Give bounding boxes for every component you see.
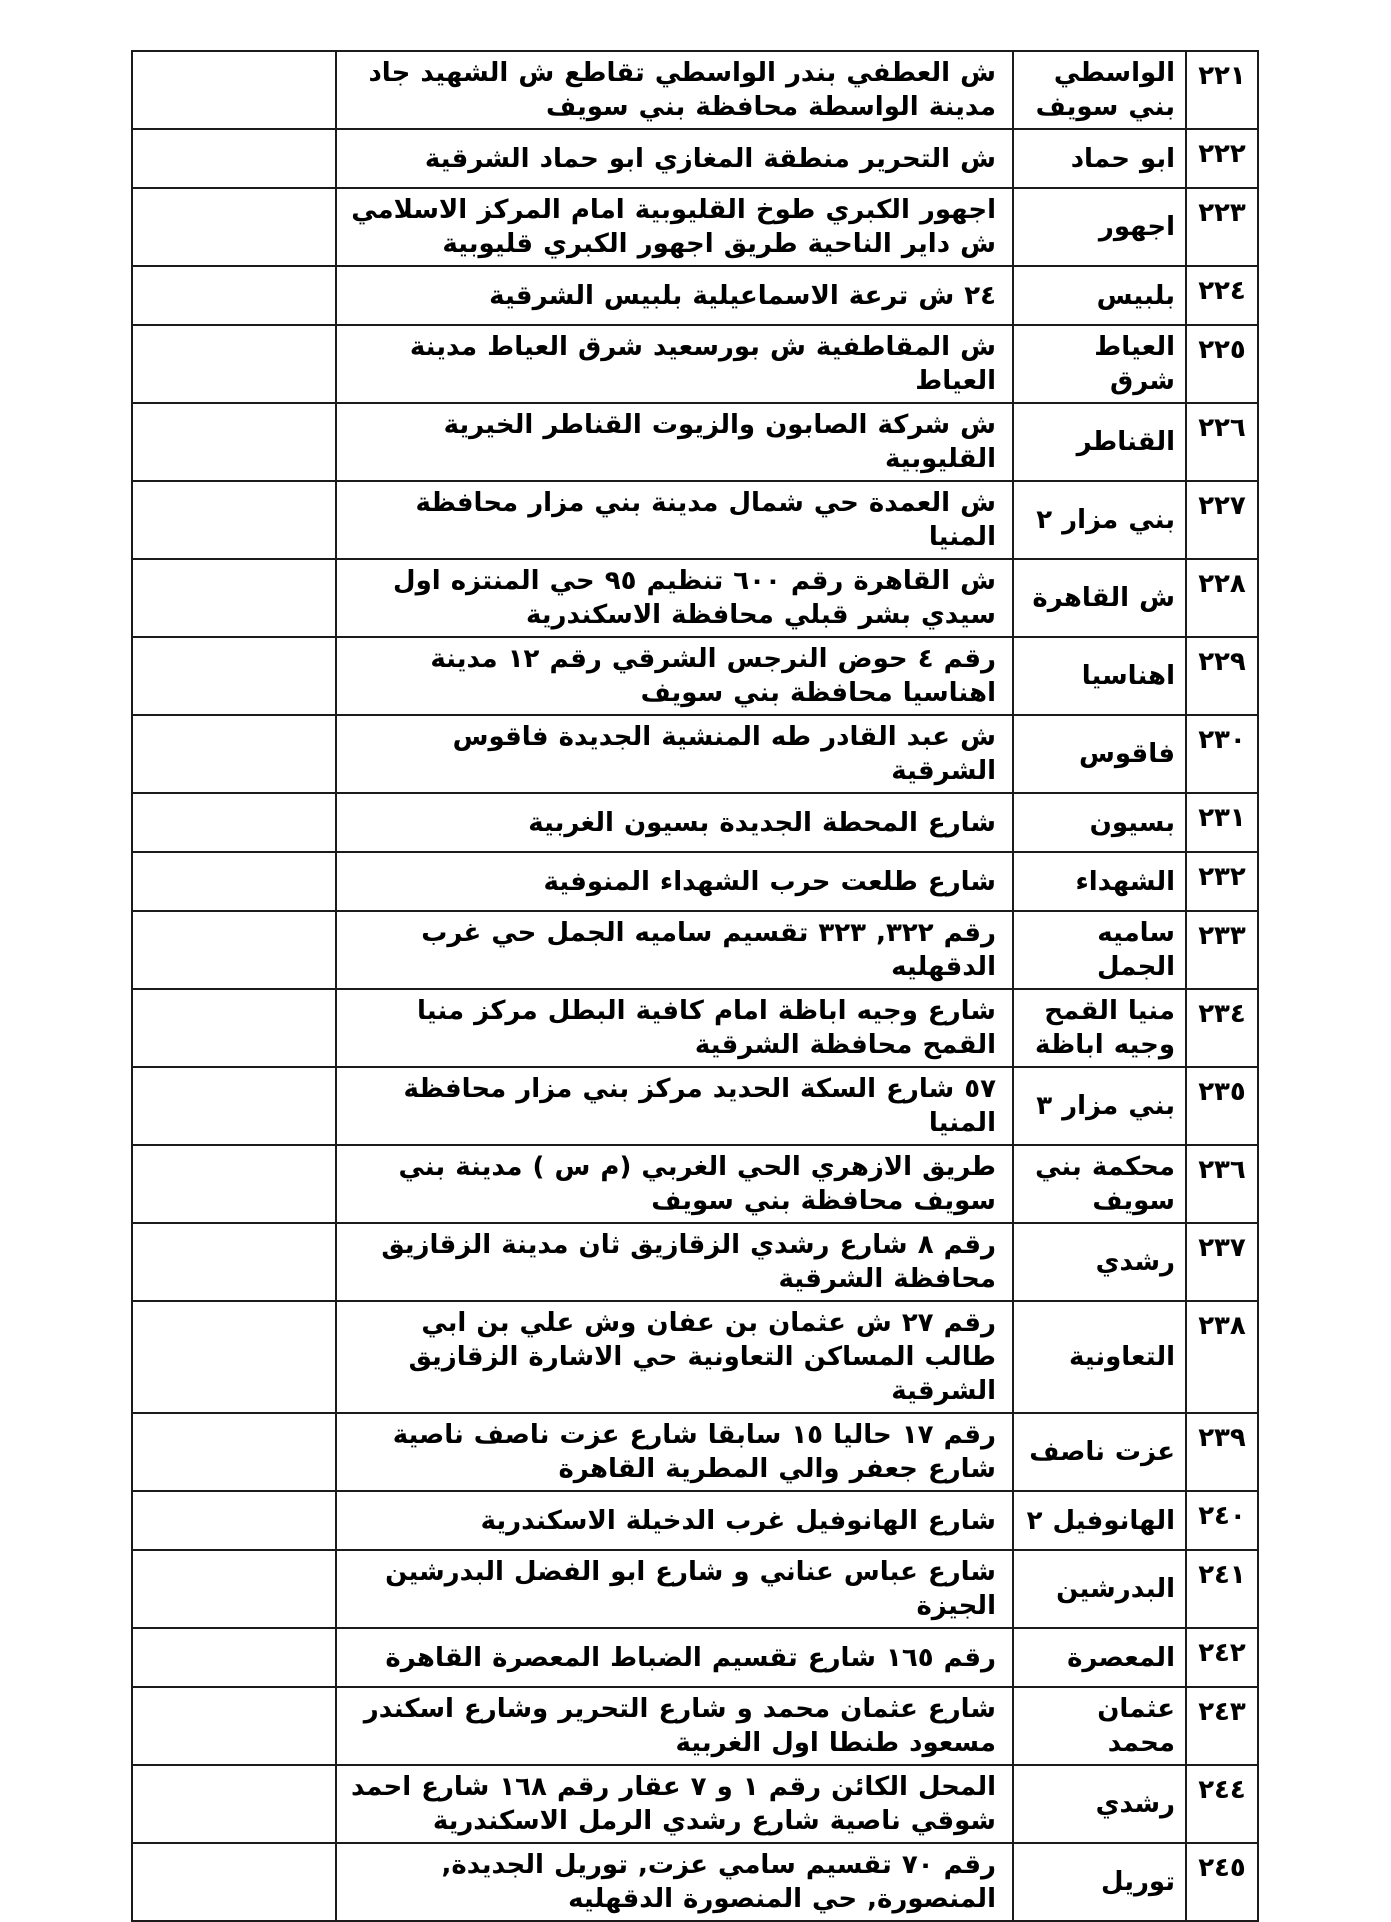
row-number-cell: ٢٢٢ xyxy=(1186,129,1258,188)
row-number-cell: ٢٣١ xyxy=(1186,793,1258,852)
branch-address-cell: ش العمدة حي شمال مدينة بني مزار محافظة ا… xyxy=(336,481,1013,559)
table-row: ٢٤٠ الهانوفيل ٢ شارع الهانوفيل غرب الدخي… xyxy=(132,1491,1258,1550)
notes-cell xyxy=(132,1145,336,1223)
branch-address-cell: شارع طلعت حرب الشهداء المنوفية xyxy=(336,852,1013,911)
notes-cell xyxy=(132,266,336,325)
table-row: ٢٣١ بسيون شارع المحطة الجديدة بسيون الغر… xyxy=(132,793,1258,852)
notes-cell xyxy=(132,1413,336,1491)
branch-name-cell: الواسطي بني سويف xyxy=(1013,51,1186,129)
row-number-cell: ٢٢١ xyxy=(1186,51,1258,129)
branch-address-cell: شارع الهانوفيل غرب الدخيلة الاسكندرية xyxy=(336,1491,1013,1550)
branch-address-cell: رقم ٨ شارع رشدي الزقازيق ثان مدينة الزقا… xyxy=(336,1223,1013,1301)
row-number-cell: ٢٣٢ xyxy=(1186,852,1258,911)
branch-name-cell: ش القاهرة xyxy=(1013,559,1186,637)
branch-address-cell: اجهور الكبري طوخ القليوبية امام المركز ا… xyxy=(336,188,1013,266)
notes-cell xyxy=(132,559,336,637)
notes-cell xyxy=(132,325,336,403)
row-number-cell: ٢٤٠ xyxy=(1186,1491,1258,1550)
branch-name-cell: رشدي xyxy=(1013,1765,1186,1843)
branch-name-cell: العياط شرق xyxy=(1013,325,1186,403)
branch-address-cell: ش شركة الصابون والزيوت القناطر الخيرية ا… xyxy=(336,403,1013,481)
row-number-cell: ٢٢٥ xyxy=(1186,325,1258,403)
branch-name-cell: ابو حماد xyxy=(1013,129,1186,188)
notes-cell xyxy=(132,403,336,481)
branch-address-cell: رقم ٤ حوض النرجس الشرقي رقم ١٢ مدينة اهن… xyxy=(336,637,1013,715)
row-number-cell: ٢٤٥ xyxy=(1186,1843,1258,1921)
table-row: ٢٣٢ الشهداء شارع طلعت حرب الشهداء المنوف… xyxy=(132,852,1258,911)
branch-name-cell: بني مزار ٣ xyxy=(1013,1067,1186,1145)
branch-name-cell: منيا القمح وجيه اباظة xyxy=(1013,989,1186,1067)
branch-address-cell: طريق الازهري الحي الغربي (م س ) مدينة بن… xyxy=(336,1145,1013,1223)
table-row: ٢٣٣ ساميه الجمل رقم ٣٢٢, ٣٢٣ تقسيم ساميه… xyxy=(132,911,1258,989)
notes-cell xyxy=(132,1223,336,1301)
branch-name-cell: رشدي xyxy=(1013,1223,1186,1301)
branch-name-cell: اهناسيا xyxy=(1013,637,1186,715)
table-row: ٢٢٢ ابو حماد ش التحرير منطقة المغازي ابو… xyxy=(132,129,1258,188)
row-number-cell: ٢٣٤ xyxy=(1186,989,1258,1067)
notes-cell xyxy=(132,1687,336,1765)
table-row: ٢٣٩ عزت ناصف رقم ١٧ حاليا ١٥ سابقا شارع … xyxy=(132,1413,1258,1491)
branch-name-cell: عزت ناصف xyxy=(1013,1413,1186,1491)
branch-address-cell: شارع المحطة الجديدة بسيون الغربية xyxy=(336,793,1013,852)
row-number-cell: ٢٢٧ xyxy=(1186,481,1258,559)
row-number-cell: ٢٤٢ xyxy=(1186,1628,1258,1687)
table-row: ٢٤٣ عثمان محمد شارع عثمان محمد و شارع ال… xyxy=(132,1687,1258,1765)
branch-name-cell: اجهور xyxy=(1013,188,1186,266)
branch-address-cell: رقم ٢٧ ش عثمان بن عفان وش علي بن ابي طال… xyxy=(336,1301,1013,1413)
row-number-cell: ٢٢٩ xyxy=(1186,637,1258,715)
branch-address-cell: ش العطفي بندر الواسطي تقاطع ش الشهيد جاد… xyxy=(336,51,1013,129)
table-row: ٢٢٩ اهناسيا رقم ٤ حوض النرجس الشرقي رقم … xyxy=(132,637,1258,715)
branch-address-table: ٢٢١ الواسطي بني سويف ش العطفي بندر الواس… xyxy=(131,50,1259,1922)
row-number-cell: ٢٣٠ xyxy=(1186,715,1258,793)
branch-address-cell: ش القاهرة رقم ٦٠٠ تنظيم ٩٥ حي المنتزه او… xyxy=(336,559,1013,637)
row-number-cell: ٢٣٧ xyxy=(1186,1223,1258,1301)
row-number-cell: ٢٢٨ xyxy=(1186,559,1258,637)
branch-name-cell: ساميه الجمل xyxy=(1013,911,1186,989)
notes-cell xyxy=(132,1550,336,1628)
notes-cell xyxy=(132,852,336,911)
branch-name-cell: المعصرة xyxy=(1013,1628,1186,1687)
table-row: ٢٣٠ فاقوس ش عبد القادر طه المنشية الجديد… xyxy=(132,715,1258,793)
branch-address-cell: رقم ٧٠ تقسيم سامي عزت, توريل الجديدة, ال… xyxy=(336,1843,1013,1921)
table-row: ٢٣٤ منيا القمح وجيه اباظة شارع وجيه اباظ… xyxy=(132,989,1258,1067)
branch-name-cell: بني مزار ٢ xyxy=(1013,481,1186,559)
branch-table-body: ٢٢١ الواسطي بني سويف ش العطفي بندر الواس… xyxy=(132,51,1258,1921)
table-row: ٢٤٥ توريل رقم ٧٠ تقسيم سامي عزت, توريل ا… xyxy=(132,1843,1258,1921)
table-row: ٢٣٨ التعاونية رقم ٢٧ ش عثمان بن عفان وش … xyxy=(132,1301,1258,1413)
branch-address-cell: شارع عثمان محمد و شارع التحرير وشارع اسك… xyxy=(336,1687,1013,1765)
branch-address-cell: المحل الكائن رقم ١ و ٧ عقار رقم ١٦٨ شارع… xyxy=(336,1765,1013,1843)
branch-name-cell: الهانوفيل ٢ xyxy=(1013,1491,1186,1550)
branch-address-cell: ش عبد القادر طه المنشية الجديدة فاقوس ال… xyxy=(336,715,1013,793)
table-row: ٢٤٢ المعصرة رقم ١٦٥ شارع تقسيم الضباط ال… xyxy=(132,1628,1258,1687)
row-number-cell: ٢٣٩ xyxy=(1186,1413,1258,1491)
row-number-cell: ٢٤٤ xyxy=(1186,1765,1258,1843)
table-row: ٢٢٤ بلبيس ٢٤ ش ترعة الاسماعيلية بلبيس ال… xyxy=(132,266,1258,325)
branch-name-cell: التعاونية xyxy=(1013,1301,1186,1413)
row-number-cell: ٢٣٣ xyxy=(1186,911,1258,989)
notes-cell xyxy=(132,129,336,188)
branch-name-cell: الشهداء xyxy=(1013,852,1186,911)
table-row: ٢٤٤ رشدي المحل الكائن رقم ١ و ٧ عقار رقم… xyxy=(132,1765,1258,1843)
row-number-cell: ٢٤١ xyxy=(1186,1550,1258,1628)
branch-address-cell: ش المقاطفية ش بورسعيد شرق العياط مدينة ا… xyxy=(336,325,1013,403)
notes-cell xyxy=(132,1628,336,1687)
notes-cell xyxy=(132,1301,336,1413)
notes-cell xyxy=(132,637,336,715)
branch-name-cell: بلبيس xyxy=(1013,266,1186,325)
notes-cell xyxy=(132,51,336,129)
table-row: ٢٢٧ بني مزار ٢ ش العمدة حي شمال مدينة بن… xyxy=(132,481,1258,559)
branch-name-cell: البدرشين xyxy=(1013,1550,1186,1628)
notes-cell xyxy=(132,481,336,559)
branch-name-cell: توريل xyxy=(1013,1843,1186,1921)
row-number-cell: ٢٢٣ xyxy=(1186,188,1258,266)
branch-address-cell: ٥٧ شارع السكة الحديد مركز بني مزار محافظ… xyxy=(336,1067,1013,1145)
row-number-cell: ٢٢٦ xyxy=(1186,403,1258,481)
notes-cell xyxy=(132,1765,336,1843)
branch-address-cell: رقم ١٧ حاليا ١٥ سابقا شارع عزت ناصف ناصي… xyxy=(336,1413,1013,1491)
notes-cell xyxy=(132,911,336,989)
table-row: ٢٤١ البدرشين شارع عباس عناني و شارع ابو … xyxy=(132,1550,1258,1628)
branch-address-cell: شارع عباس عناني و شارع ابو الفضل البدرشي… xyxy=(336,1550,1013,1628)
row-number-cell: ٢٤٣ xyxy=(1186,1687,1258,1765)
branch-name-cell: القناطر xyxy=(1013,403,1186,481)
table-row: ٢٢٨ ش القاهرة ش القاهرة رقم ٦٠٠ تنظيم ٩٥… xyxy=(132,559,1258,637)
table-row: ٢٢١ الواسطي بني سويف ش العطفي بندر الواس… xyxy=(132,51,1258,129)
table-row: ٢٢٥ العياط شرق ش المقاطفية ش بورسعيد شرق… xyxy=(132,325,1258,403)
branch-address-cell: ٢٤ ش ترعة الاسماعيلية بلبيس الشرقية xyxy=(336,266,1013,325)
branch-name-cell: بسيون xyxy=(1013,793,1186,852)
branch-address-cell: شارع وجيه اباظة امام كافية البطل مركز من… xyxy=(336,989,1013,1067)
notes-cell xyxy=(132,793,336,852)
notes-cell xyxy=(132,1843,336,1921)
notes-cell xyxy=(132,715,336,793)
notes-cell xyxy=(132,989,336,1067)
notes-cell xyxy=(132,188,336,266)
table-row: ٢٢٦ القناطر ش شركة الصابون والزيوت القنا… xyxy=(132,403,1258,481)
branch-name-cell: فاقوس xyxy=(1013,715,1186,793)
branch-name-cell: عثمان محمد xyxy=(1013,1687,1186,1765)
row-number-cell: ٢٣٥ xyxy=(1186,1067,1258,1145)
branch-address-cell: رقم ٣٢٢, ٣٢٣ تقسيم ساميه الجمل حي غرب ال… xyxy=(336,911,1013,989)
row-number-cell: ٢٣٨ xyxy=(1186,1301,1258,1413)
branch-address-cell: ش التحرير منطقة المغازي ابو حماد الشرقية xyxy=(336,129,1013,188)
row-number-cell: ٢٣٦ xyxy=(1186,1145,1258,1223)
table-row: ٢٣٥ بني مزار ٣ ٥٧ شارع السكة الحديد مركز… xyxy=(132,1067,1258,1145)
row-number-cell: ٢٢٤ xyxy=(1186,266,1258,325)
notes-cell xyxy=(132,1491,336,1550)
table-row: ٢٢٣ اجهور اجهور الكبري طوخ القليوبية اما… xyxy=(132,188,1258,266)
notes-cell xyxy=(132,1067,336,1145)
table-row: ٢٣٧ رشدي رقم ٨ شارع رشدي الزقازيق ثان مد… xyxy=(132,1223,1258,1301)
table-row: ٢٣٦ محكمة بني سويف طريق الازهري الحي الغ… xyxy=(132,1145,1258,1223)
branch-name-cell: محكمة بني سويف xyxy=(1013,1145,1186,1223)
branch-address-cell: رقم ١٦٥ شارع تقسيم الضباط المعصرة القاهر… xyxy=(336,1628,1013,1687)
